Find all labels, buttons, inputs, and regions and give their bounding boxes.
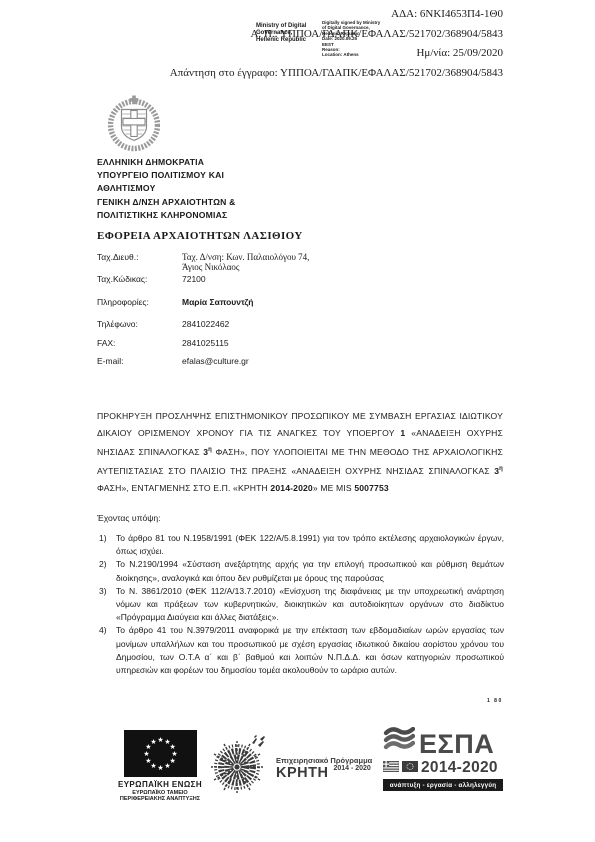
crete-logo-text: Επιχειρησιακό Πρόγραμμα ΚΡΗΤΗ 2014 - 202… [276,756,372,780]
contact-row-phone: Τηλέφωνο: 2841022462 [97,319,407,329]
stamp-authority-text: Ministry of Digital Governance, Hellenic… [256,20,318,58]
crete-programme-years: 2014 - 2020 [333,765,370,772]
list-item: 4) Το άρθρο 41 του Ν.3979/2011 αναφορικά… [99,624,504,677]
list-item-text: Το άρθρο 41 του Ν.3979/2011 αναφορικά με… [116,624,504,677]
eu-flag-mini-icon [402,759,418,777]
contact-label: E-mail: [97,356,182,366]
starburst-icon [210,735,270,800]
list-item: 2) Το Ν.2190/1994 «Σύσταση ανεξάρτητης α… [99,558,504,584]
contact-row-address: Ταχ.Διευθ.: Ταχ. Δ/νση: Κων. Παλαιολόγου… [97,252,407,272]
contact-label: Ταχ.Κώδικας: [97,274,182,284]
contact-value: 2841025115 [182,338,407,348]
list-item-number: 3) [99,585,116,625]
letterhead-line: ΕΛΛΗΝΙΚΗ ΔΗΜΟΚΡΑΤΙΑ [97,156,236,169]
eu-logo: ★★ ★★ ★★ ★★ ★★ ★★ ΕΥΡΩΠΑΪΚΗ ΕΝΩΣΗ ΕΥΡΩΠΑ… [102,730,218,802]
svg-text:★: ★ [143,750,149,758]
contact-details: Ταχ.Διευθ.: Ταχ. Δ/νση: Κων. Παλαιολόγου… [97,252,407,366]
letterhead-line: ΑΘΛΗΤΙΣΜΟΥ [97,182,236,195]
page-number: 1 80 [487,698,503,704]
list-item-number: 2) [99,558,116,584]
eu-flag-icon: ★★ ★★ ★★ ★★ ★★ ★★ [102,730,218,777]
footer-logos: ★★ ★★ ★★ ★★ ★★ ★★ ΕΥΡΩΠΑΪΚΗ ΕΝΩΣΗ ΕΥΡΩΠΑ… [0,727,595,822]
digital-signature-stamp: Ministry of Digital Governance, Hellenic… [256,20,398,58]
list-item-number: 1) [99,532,116,558]
letterhead-line: ΓΕΝΙΚΗ Δ/ΝΣΗ ΑΡΧΑΙΟΤΗΤΩΝ & [97,196,236,209]
contact-label: Πληροφορίες: [97,297,182,307]
list-item-text: Το Ν. 3861/2010 (ΦΕΚ 112/Α/13.7.2010) «Ε… [116,585,504,625]
svg-text:★: ★ [145,757,151,765]
svg-text:★: ★ [164,762,170,770]
contact-label: Ταχ.Διευθ.: [97,252,182,272]
contact-label: FAX: [97,338,182,348]
crete-programme-name: ΚΡΗΤΗ [276,766,328,780]
eu-logo-title: ΕΥΡΩΠΑΪΚΗ ΕΝΩΣΗ [102,780,218,789]
having-regard-heading: Έχοντας υπόψη: [97,513,161,523]
svg-text:★: ★ [157,736,163,744]
coat-of-arms-icon [108,94,160,157]
eu-logo-subtitle: ΠΕΡΙΦΕΡΕΙΑΚΗΣ ΑΝΑΠΤΥΞΗΣ [102,796,218,802]
contact-row-email: E-mail: efalas@culture.gr [97,356,407,366]
crete-programme-label: Επιχειρησιακό Πρόγραμμα [276,756,372,765]
espa-logo-tagline: ανάπτυξη - εργασία - αλληλεγγύη [383,779,503,791]
crete-programme-logo: Επιχειρησιακό Πρόγραμμα ΚΡΗΤΗ 2014 - 202… [210,735,372,800]
espa-logo-name: ΕΣΠΑ [419,732,494,757]
contact-value: Μαρία Σαπουντζή [182,297,407,307]
announcement-title: ΠΡΟΚΗΡΥΞΗ ΠΡΟΣΛΗΨΗΣ ΕΠΙΣΤΗΜΟΝΙΚΟΥ ΠΡΟΣΩΠ… [97,408,503,497]
legal-references-list: 1) Το άρθρο 81 του Ν.1958/1991 (ΦΕΚ 122/… [99,532,504,677]
espa-logo: ΕΣΠΑ [383,727,503,791]
document-page: ΑΔΑ: 6NKI4653Π4-1Θ0 Α. Π.: ΥΠΠΟΑ/ΓΔΑΠΚ/Ε… [0,0,595,842]
contact-value: 2841022462 [182,319,407,329]
contact-row-fax: FAX: 2841025115 [97,338,407,348]
reply-reference: Απάντηση στο έγγραφο: ΥΠΠΟΑ/ΓΔΑΠΚ/ΕΦΑΛΑΣ… [170,64,503,84]
svg-text:★: ★ [150,738,156,746]
list-item: 3) Το Ν. 3861/2010 (ΦΕΚ 112/Α/13.7.2010)… [99,585,504,625]
letterhead-line: ΠΟΛΙΤΙΣΤΙΚΗΣ ΚΛΗΡΟΝΟΜΙΑΣ [97,209,236,222]
issuing-department: ΕΦΟΡΕΙΑ ΑΡΧΑΙΟΤΗΤΩΝ ΛΑΣΙΘΙΟΥ [97,230,303,242]
contact-value: 72100 [182,274,407,284]
contact-label: Τηλέφωνο: [97,319,182,329]
espa-waves-icon [383,727,415,757]
stamp-signature-details: Digitally signed by Ministry of Digital … [322,20,396,58]
contact-value: Ταχ. Δ/νση: Κων. Παλαιολόγου 74, Άγιος Ν… [182,252,407,272]
espa-logo-years: 2014-2020 [421,759,498,777]
list-item-text: Το Ν.2190/1994 «Σύσταση ανεξάρτητης αρχή… [116,558,504,584]
list-item-text: Το άρθρο 81 του Ν.1958/1991 (ΦΕΚ 122/Α/5… [116,532,504,558]
contact-row-information: Πληροφορίες: Μαρία Σαπουντζή [97,297,407,307]
contact-value: efalas@culture.gr [182,356,407,366]
greek-flag-mini-icon [383,759,399,777]
ministry-letterhead: ΕΛΛΗΝΙΚΗ ΔΗΜΟΚΡΑΤΙΑ ΥΠΟΥΡΓΕΙΟ ΠΟΛΙΤΙΣΜΟΥ… [97,156,236,222]
list-item: 1) Το άρθρο 81 του Ν.1958/1991 (ΦΕΚ 122/… [99,532,504,558]
contact-row-postcode: Ταχ.Κώδικας: 72100 [97,274,407,284]
list-item-number: 4) [99,624,116,677]
letterhead-line: ΥΠΟΥΡΓΕΙΟ ΠΟΛΙΤΙΣΜΟΥ ΚΑΙ [97,169,236,182]
svg-text:★: ★ [157,764,163,772]
